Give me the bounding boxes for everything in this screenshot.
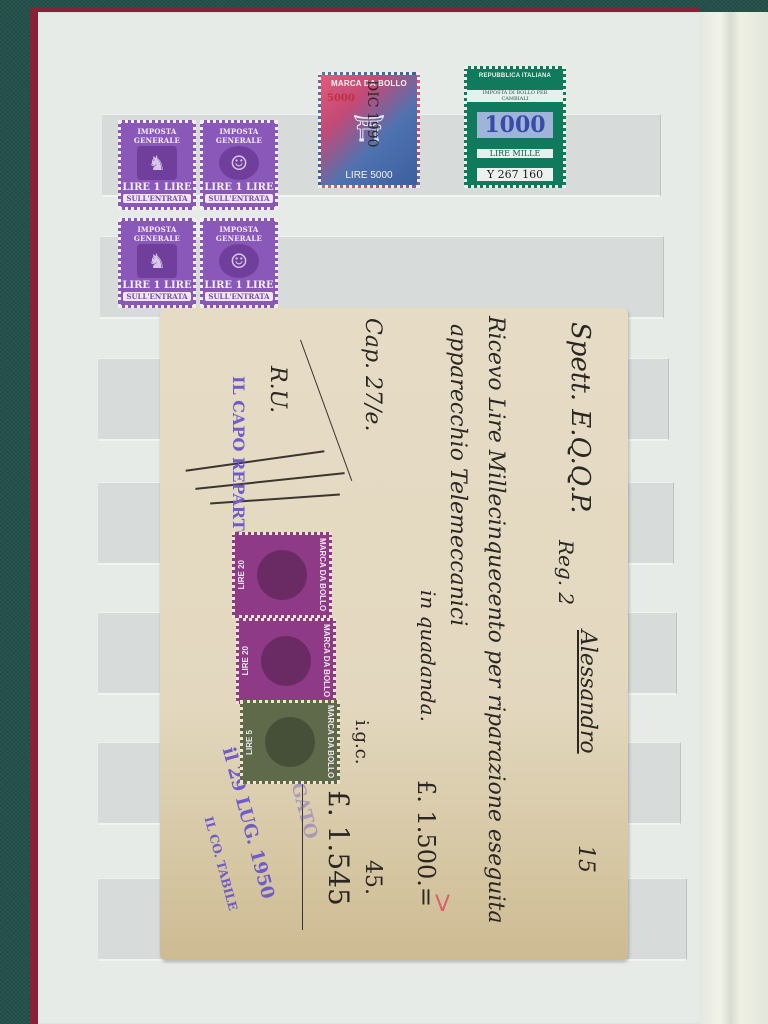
italia-head-icon: ☺: [219, 244, 259, 278]
cambiali-1000-stamp: REPUBBLICA ITALIANA IMPOSTA DI BOLLO PER…: [464, 66, 566, 188]
imposta-stamp: IMPOSTA GENERALE ☺ LIRE 1 LIRE SULL'ENTR…: [200, 218, 278, 308]
she-wolf-icon: ♞: [137, 146, 177, 180]
handwriting-signature-place: Alessandro: [575, 630, 600, 754]
handwriting-ref: Spett. E.Q.Q.P.: [565, 322, 595, 514]
fiscal-stamp-20: LIRE 20 MARCA DA BOLLO: [236, 618, 336, 704]
handwriting-cap: Cap. 27/e.: [360, 318, 385, 431]
fiscal-stamp-20: LIRE 20 MARCA DA BOLLO: [232, 532, 332, 618]
italia-head-icon: ☺: [219, 146, 259, 180]
handwriting-amount2: 45.: [360, 860, 385, 895]
handwriting-amount1: £. 1.500.=: [412, 780, 440, 907]
handwriting-line1: Ricevo Lire Millecinquecento per riparaz…: [483, 316, 508, 923]
king-head-icon: [261, 636, 311, 686]
handwriting-line2: apparecchio Telemeccanici: [445, 324, 470, 626]
cancel-mark: DIC 1990: [364, 80, 380, 148]
she-wolf-icon: ♞: [137, 244, 177, 278]
handwriting-reg: Reg. 2: [554, 540, 578, 605]
king-head-icon: [257, 550, 307, 600]
imposta-stamp: IMPOSTA GENERALE ♞ LIRE 1 LIRE SULL'ENTR…: [118, 218, 196, 308]
handwriting-total: £. 1.545: [322, 790, 355, 906]
capo-reparto-stamp: IL CAPO REPARTO: [229, 376, 248, 545]
handwriting-ru: R.U.: [265, 366, 290, 413]
red-check-mark: V: [435, 892, 450, 917]
imposta-stamp: IMPOSTA GENERALE ♞ LIRE 1 LIRE SULL'ENTR…: [118, 120, 196, 210]
handwriting-line3: in quadanda.: [416, 590, 440, 722]
handwriting-ic: i.g.c.: [351, 720, 372, 765]
handwriting-fifteen: 15: [573, 845, 598, 873]
king-head-icon: [265, 717, 315, 767]
fiscal-stamp-5: LIRE 5 MARCA DA BOLLO: [240, 700, 340, 784]
imposta-stamp: IMPOSTA GENERALE ☺ LIRE 1 LIRE SULL'ENTR…: [200, 120, 278, 210]
album-spine: [700, 12, 768, 1024]
